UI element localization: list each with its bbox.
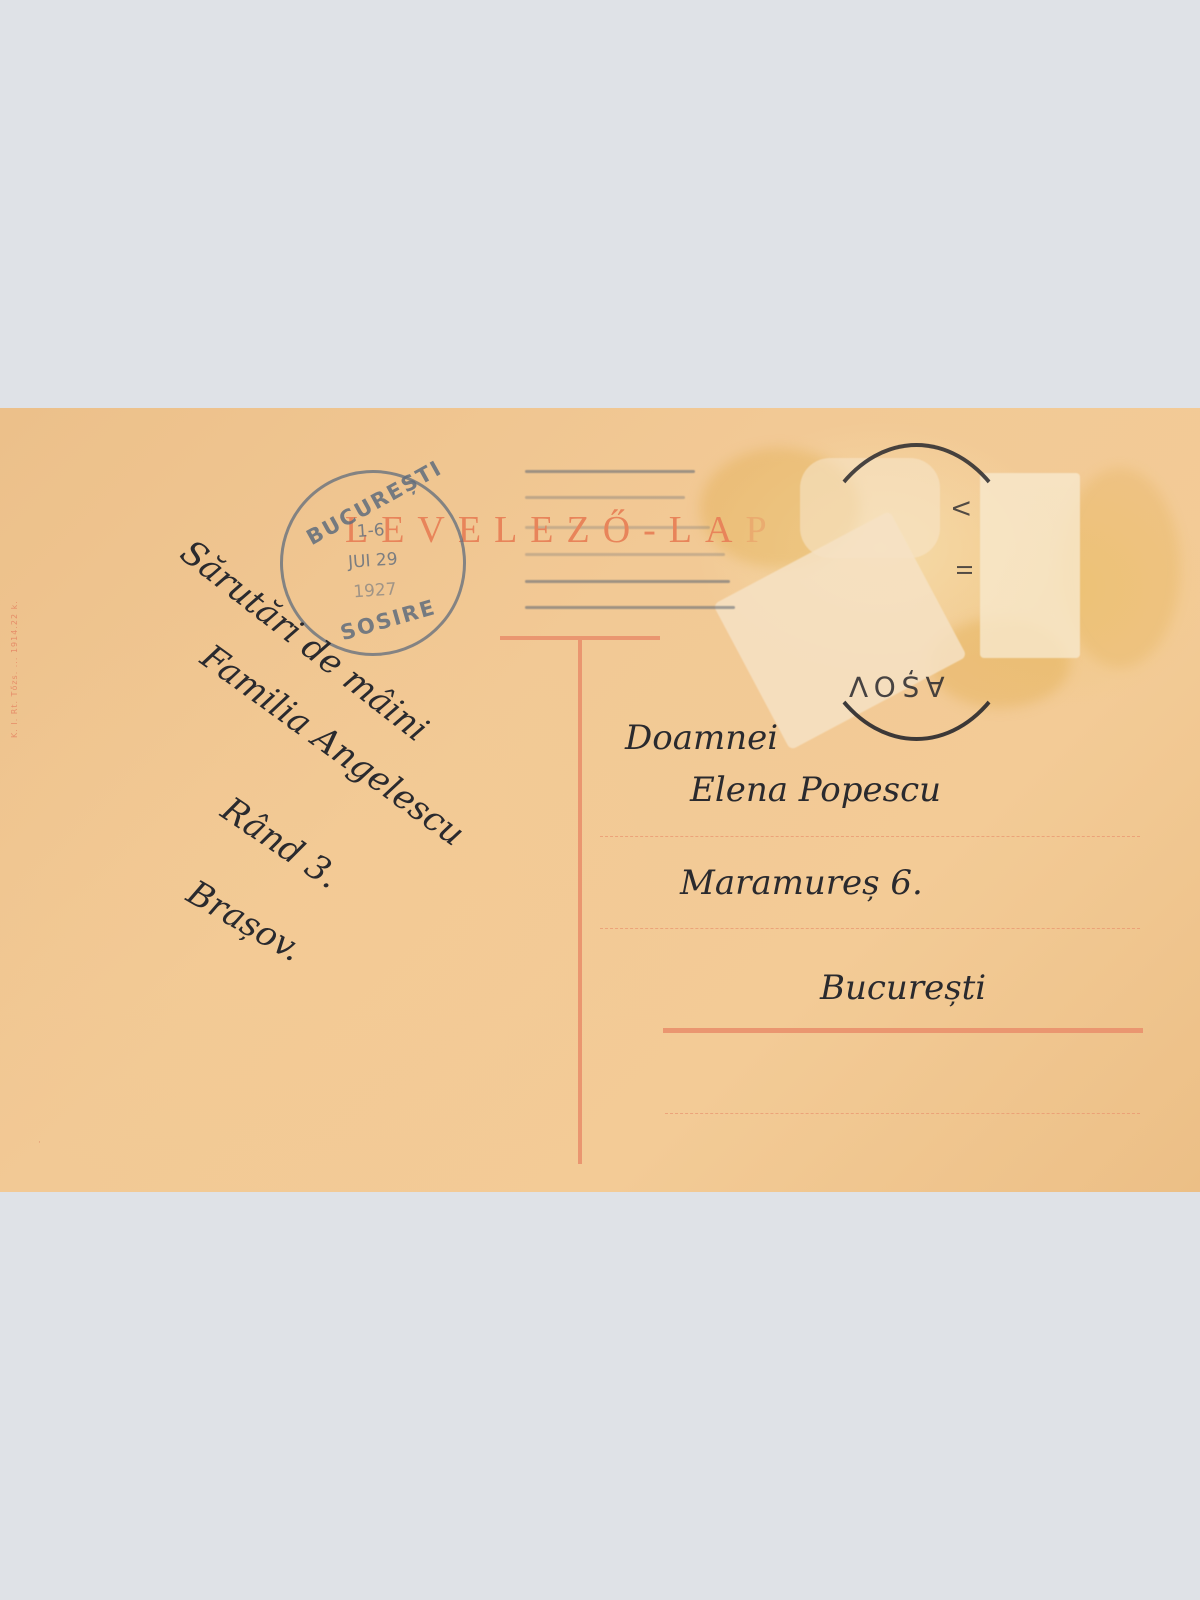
address-salutation: Doamnei [625, 718, 778, 758]
cancel-line [525, 553, 725, 556]
card-title-faded: P [745, 509, 779, 551]
address-line [665, 1113, 1140, 1114]
printer-imprint: K. I. Rt. Tőzs. ... 1914.22 k. [10, 600, 19, 738]
postmark-brasov-city: AȘOV [843, 670, 945, 703]
postmark-brasov-mark: II [952, 564, 976, 576]
cancel-line [525, 580, 730, 583]
corner-mark: · [38, 1138, 41, 1148]
postcard: K. I. Rt. Tőzs. ... 1914.22 k. · LEVELEZ… [0, 408, 1200, 1192]
message-line: Rând 3. [214, 789, 347, 897]
address-underline [663, 1028, 1143, 1033]
postmark-date: JUI 29 [322, 548, 423, 575]
address-street: Maramureș 6. [680, 863, 923, 903]
cancel-line [525, 606, 735, 609]
cancel-line [525, 470, 695, 473]
address-city: București [820, 968, 986, 1008]
postmark-brasov-mark: V [947, 501, 972, 516]
cancel-line [525, 496, 685, 499]
divider-vertical [578, 636, 582, 1164]
address-name: Elena Popescu [690, 770, 941, 810]
address-line [600, 836, 1140, 837]
message-line: Brașov. [180, 873, 309, 970]
address-line [600, 928, 1140, 929]
